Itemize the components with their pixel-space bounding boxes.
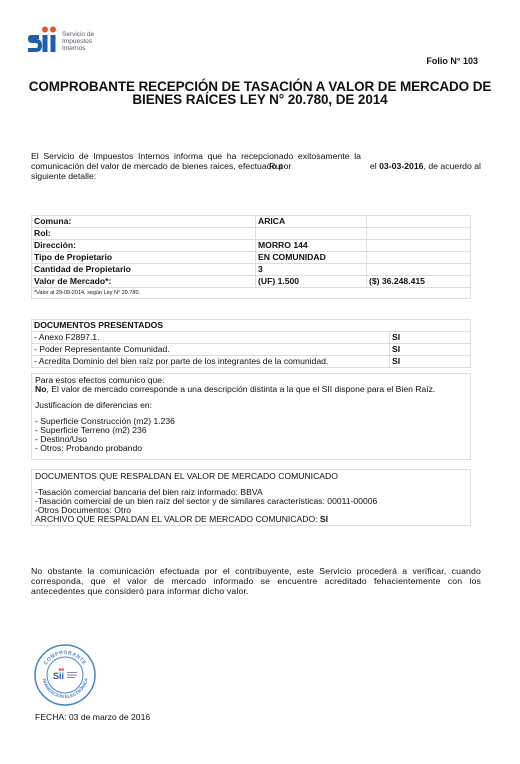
justification-item: - Superficie Terreno (m2) 236: [35, 426, 467, 435]
property-value: (UF) 1.500: [256, 276, 367, 288]
date-prefix: el: [370, 161, 379, 171]
document-label: - Poder Representante Comunidad.: [32, 344, 390, 356]
communication-answer: No, El valor de mercado corresponde a un…: [35, 385, 467, 394]
svg-text:COMPROBANTE: COMPROBANTE: [43, 650, 87, 666]
property-row: Cantidad de Propietario3: [32, 264, 471, 276]
property-value: EN COMUNIDAD: [256, 252, 367, 264]
document-row: - Acredita Dominio del bien raíz por par…: [32, 356, 471, 368]
title-line-2: BIENES RAÍCES LEY N° 20.780, DE 2014: [20, 93, 500, 106]
property-value-2: [367, 216, 471, 228]
folio-number: Folio N° 103: [426, 56, 478, 66]
property-value: ARICA: [256, 216, 367, 228]
documents-header: DOCUMENTOS PRESENTADOS: [32, 320, 471, 332]
justification-item: - Otros: Probando probando: [35, 444, 467, 453]
property-value-2: [367, 228, 471, 240]
property-value-2: ($) 36.248.415: [367, 276, 471, 288]
logo-line-1: Servicio de: [62, 31, 94, 38]
document-label: - Acredita Dominio del bien raíz por par…: [32, 356, 390, 368]
communication-box: Para estos efectos comunico que: No, El …: [31, 373, 471, 460]
justification-list: - Superficie Construcción (m2) 1.236- Su…: [35, 417, 467, 453]
documents-header-row: DOCUMENTOS PRESENTADOS: [32, 320, 471, 332]
logo-line-3: Internos: [62, 45, 94, 52]
property-row: Comuna:ARICA: [32, 216, 471, 228]
submission-date: 03-03-2016: [379, 161, 423, 171]
closing-paragraph: No obstante la comunicación efectuada po…: [31, 566, 481, 596]
property-value-2: [367, 240, 471, 252]
property-row: Tipo de PropietarioEN COMUNIDAD: [32, 252, 471, 264]
property-value-2: [367, 264, 471, 276]
support-documents-box: DOCUMENTOS QUE RESPALDAN EL VALOR DE MER…: [31, 469, 471, 526]
property-label: Comuna:: [32, 216, 256, 228]
intro-text: El Servicio de Impuestos Internos inform…: [31, 151, 361, 171]
document-status: SI: [390, 344, 471, 356]
property-value: 3: [256, 264, 367, 276]
answer-value: No: [35, 384, 46, 394]
intro-date: el 03-03-2016, de acuerdo al: [370, 161, 481, 171]
intro-text-2: siguiente detalle:: [31, 171, 481, 181]
intro-paragraph: El Servicio de Impuestos Internos inform…: [31, 151, 481, 181]
support-file-value: SI: [320, 514, 328, 524]
property-label: Valor de Mercado*:: [32, 276, 256, 288]
property-label: Dirección:: [32, 240, 256, 252]
property-note: *Valor al 29-09-2014, según Ley N° 20.78…: [32, 288, 471, 299]
support-list: -Tasación comercial bancaria del bien ra…: [35, 488, 467, 515]
document-row: - Anexo F2897.1.SI: [32, 332, 471, 344]
document-row: - Poder Representante Comunidad.SI: [32, 344, 471, 356]
sii-logo: Servicio de Impuestos Internos: [28, 26, 148, 56]
answer-text: , El valor de mercado corresponde a una …: [46, 384, 435, 394]
property-value: MORRO 144: [256, 240, 367, 252]
property-note-row: *Valor al 29-09-2014, según Ley N° 20.78…: [32, 288, 471, 299]
property-label: Rol:: [32, 228, 256, 240]
property-value: [256, 228, 367, 240]
logo-line-2: Impuestos: [62, 38, 94, 45]
property-table: Comuna:ARICARol:Dirección:MORRO 144Tipo …: [31, 215, 471, 299]
date-suffix: , de acuerdo al: [424, 161, 481, 171]
property-label: Tipo de Propietario: [32, 252, 256, 264]
document-date: FECHA: 03 de marzo de 2016: [35, 712, 150, 722]
support-title: DOCUMENTOS QUE RESPALDAN EL VALOR DE MER…: [35, 472, 467, 481]
document-label: - Anexo F2897.1.: [32, 332, 390, 344]
document-title: COMPROBANTE RECEPCIÓN DE TASACIÓN A VALO…: [20, 80, 500, 106]
logo-text: Servicio de Impuestos Internos: [62, 31, 94, 52]
rut-label: Rut: [269, 161, 283, 171]
sii-logo-icon: [28, 26, 58, 54]
document-status: SI: [390, 356, 471, 368]
property-row: Rol:: [32, 228, 471, 240]
support-file: ARCHIVO QUE RESPALDAN EL VALOR DE MERCAD…: [35, 515, 467, 524]
justification-title: Justificacion de diferencias en:: [35, 401, 467, 410]
property-value-2: [367, 252, 471, 264]
document-status: SI: [390, 332, 471, 344]
property-row: Dirección:MORRO 144: [32, 240, 471, 252]
electronic-receipt-stamp-icon: COMPROBANTE TRAMITACIÓN ELECTRÓNICA Sii: [34, 644, 96, 706]
property-row: Valor de Mercado*:(UF) 1.500($) 36.248.4…: [32, 276, 471, 288]
svg-text:Sii: Sii: [53, 671, 64, 681]
property-label: Cantidad de Propietario: [32, 264, 256, 276]
documents-table: DOCUMENTOS PRESENTADOS - Anexo F2897.1.S…: [31, 319, 471, 368]
support-file-label: ARCHIVO QUE RESPALDAN EL VALOR DE MERCAD…: [35, 514, 320, 524]
